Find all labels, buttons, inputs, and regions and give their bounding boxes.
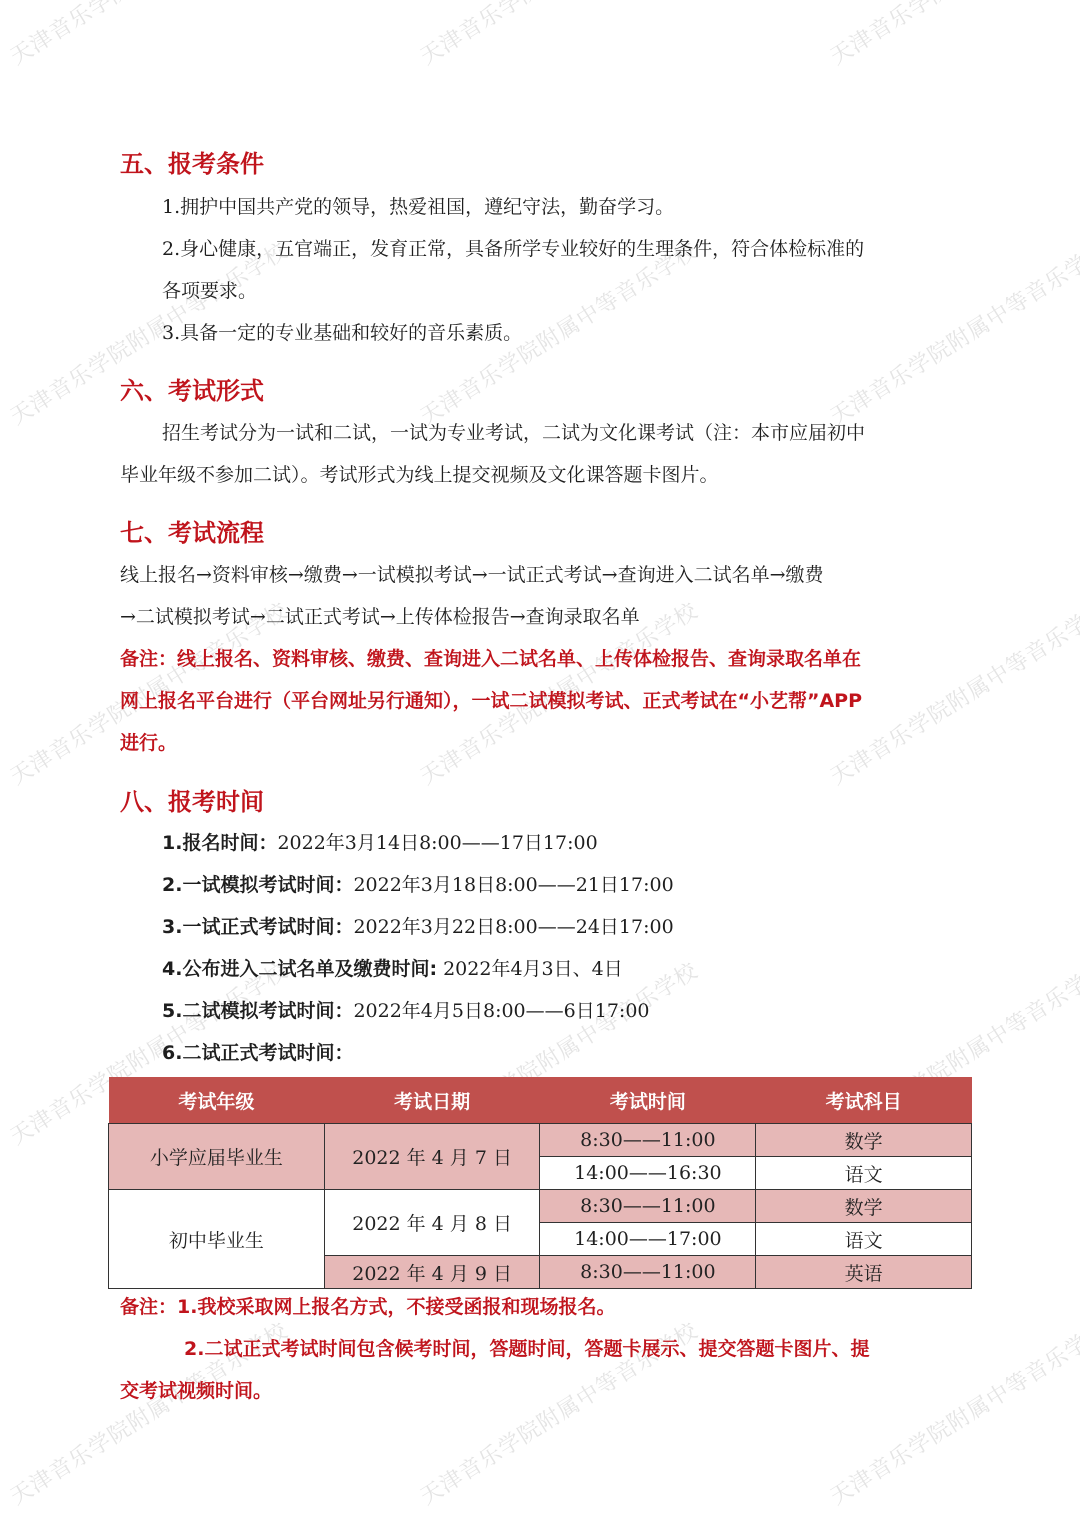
watermark: 天津音乐学院附属中等音乐学校: [414, 0, 704, 71]
subject-cell: 英语: [756, 1256, 972, 1289]
process-note: 备注：线上报名、资料审核、缴费、查询进入二试名单、上传体检报告、查询录取名单在: [120, 650, 861, 669]
subject-cell: 语文: [756, 1157, 972, 1190]
table-row: 初中毕业生 2022 年 4 月 8 日 8:30——11:00 数学: [109, 1190, 972, 1223]
time-cell: 8:30——11:00: [540, 1190, 756, 1223]
schedule-note: 2.二试正式考试时间包含候考时间，答题时间，答题卡展示、提交答题卡图片、提: [184, 1340, 869, 1359]
process-note: 网上报名平台进行（平台网址另行通知），一试二试模拟考试、正式考试在“小艺帮”AP…: [120, 692, 862, 711]
date-cell: 2022 年 4 月 7 日: [324, 1124, 540, 1190]
subject-cell: 数学: [756, 1124, 972, 1157]
watermark: 天津音乐学院附属中等音乐学校: [824, 0, 1080, 71]
section-title-requirements: 五、报考条件: [120, 144, 264, 179]
section-title-exam-process: 七、考试流程: [120, 513, 264, 548]
schedule-note: 交考试视频时间。: [120, 1382, 272, 1401]
time-cell: 14:00——17:00: [540, 1223, 756, 1256]
requirement-item: 1.拥护中国共产党的领导，热爱祖国，遵纪守法，勤奋学习。: [162, 198, 674, 217]
header-subject: 考试科目: [756, 1077, 972, 1124]
schedule-note: 备注：1.我校采取网上报名方式，不接受函报和现场报名。: [120, 1298, 615, 1317]
process-flow: 线上报名→资料审核→缴费→一试模拟考试→一试正式考试→查询进入二试名单→缴费: [120, 566, 824, 585]
requirement-item-cont: 各项要求。: [162, 282, 257, 301]
header-grade: 考试年级: [109, 1077, 325, 1124]
exam-schedule-table: 考试年级 考试日期 考试时间 考试科目 小学应届毕业生 2022 年 4 月 7…: [108, 1077, 972, 1289]
process-note: 进行。: [120, 734, 177, 753]
table-header-row: 考试年级 考试日期 考试时间 考试科目: [109, 1077, 972, 1124]
schedule-item: 2.一试模拟考试时间：2022年3月18日8:00——21日17:00: [162, 876, 674, 895]
process-flow: →二试模拟考试→二试正式考试→上传体检报告→查询录取名单: [120, 608, 640, 627]
schedule-item: 6.二试正式考试时间：: [162, 1044, 353, 1063]
exam-format-text: 招生考试分为一试和二试，一试为专业考试，二试为文化课考试（注：本市应届初中: [162, 424, 865, 443]
header-date: 考试日期: [324, 1077, 540, 1124]
section-title-exam-format: 六、考试形式: [120, 371, 264, 406]
requirement-item: 3.具备一定的专业基础和较好的音乐素质。: [162, 324, 522, 343]
subject-cell: 数学: [756, 1190, 972, 1223]
watermark: 天津音乐学院附属中等音乐学校: [824, 234, 1080, 431]
schedule-item: 3.一试正式考试时间：2022年3月22日8:00——24日17:00: [162, 918, 674, 937]
watermark: 天津音乐学院附属中等音乐学校: [4, 0, 294, 71]
time-cell: 8:30——11:00: [540, 1124, 756, 1157]
subject-cell: 语文: [756, 1223, 972, 1256]
exam-format-text: 毕业年级不参加二试）。考试形式为线上提交视频及文化课答题卡图片。: [120, 466, 719, 485]
grade-cell: 小学应届毕业生: [109, 1124, 325, 1190]
schedule-item: 1.报名时间：2022年3月14日8:00——17日17:00: [162, 834, 598, 853]
time-cell: 14:00——16:30: [540, 1157, 756, 1190]
header-time: 考试时间: [540, 1077, 756, 1124]
schedule-item: 5.二试模拟考试时间：2022年4月5日8:00——6日17:00: [162, 1002, 650, 1021]
time-cell: 8:30——11:00: [540, 1256, 756, 1289]
requirement-item: 2.身心健康，五官端正，发育正常，具备所学专业较好的生理条件，符合体检标准的: [162, 240, 864, 259]
grade-cell: 初中毕业生: [109, 1190, 325, 1289]
date-cell: 2022 年 4 月 9 日: [324, 1256, 540, 1289]
section-title-schedule: 八、报考时间: [120, 782, 264, 817]
table-row: 小学应届毕业生 2022 年 4 月 7 日 8:30——11:00 数学: [109, 1124, 972, 1157]
date-cell: 2022 年 4 月 8 日: [324, 1190, 540, 1256]
schedule-item: 4.公布进入二试名单及缴费时间: 2022年4月3日、4日: [162, 960, 623, 979]
